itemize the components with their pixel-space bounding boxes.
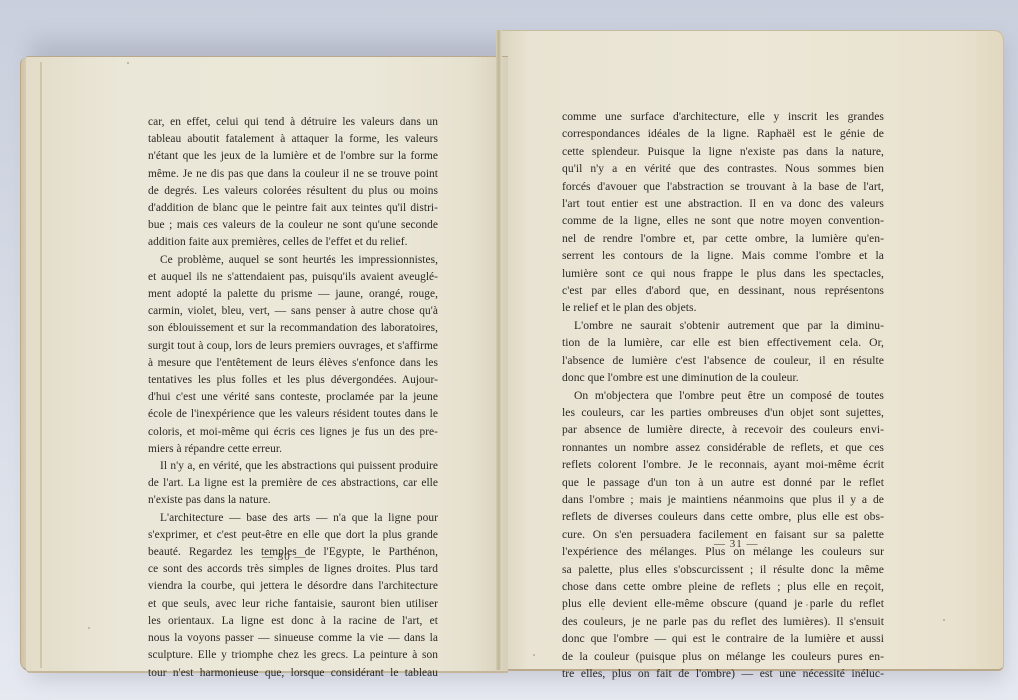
text-line: à mesure que l'entêtement de leurs élève… [148, 355, 438, 372]
text-line: comme une surface d'architecture, elle y… [562, 108, 884, 125]
text-line: d'hui c'est une vérité sans conteste, pr… [148, 389, 438, 406]
text-line: école de l'inexpérience que les valeurs … [148, 406, 438, 423]
text-line: les orientaux. La ligne est donc à la ra… [148, 613, 438, 630]
text-line: carmin, violet, bleu, vert, — sans pense… [148, 303, 438, 320]
text-line: tableau aboutit fatalement à attaquer la… [148, 131, 438, 148]
text-line: nel de rendre l'ombre et, par cette ombr… [562, 230, 884, 247]
text-line: sa palette, plus elles s'obscurcissent ;… [562, 561, 884, 578]
text-line: des couleurs, je ne parle pas du reflet … [562, 613, 884, 630]
left-page-text: car, en effet, celui qui tend à détruire… [148, 114, 438, 682]
text-line: ronnantes un nombre assez considérable d… [562, 439, 884, 456]
page-number-right: — 31 — [714, 538, 759, 550]
text-line: cette splendeur. Puisque la ligne n'exis… [562, 143, 884, 160]
text-line: n'existe pas dans la nature. [148, 492, 438, 509]
text-line: viendra la courbe, qui jettera le désord… [148, 578, 438, 595]
text-line: nous la voyons passer — sinueuse comme l… [148, 630, 438, 647]
paper-speck [127, 62, 129, 64]
text-line: de degrés. Les valeurs colorées résulten… [148, 183, 438, 200]
text-line: reflets de diverses couleurs dans cette … [562, 508, 884, 525]
text-line: car, en effet, celui qui tend à détruire… [148, 114, 438, 131]
text-line: chose dans cette ombre pleine de reflets… [562, 578, 884, 595]
text-line: et que seuls, avec leur riche fantaisie,… [148, 596, 438, 613]
text-line: même. Je ne dis pas que dans la couleur … [148, 166, 438, 183]
text-line: s'exprimer, et c'est peut-être en elle q… [148, 527, 438, 544]
book-gutter [496, 30, 502, 670]
text-line: tour n'est harmonieuse que, lorsque cons… [148, 665, 438, 682]
text-line: tentatives les plus folles et les plus d… [148, 372, 438, 389]
text-line: par absence de lumière directe, à recevo… [562, 421, 884, 438]
text-line: de l'art. La ligne est la première de ce… [148, 475, 438, 492]
text-line: l'absence de lumière c'est l'absence de … [562, 352, 884, 369]
text-line: les couleurs, car les parties ombreuses … [562, 404, 884, 421]
text-line: ment adopté la palette du prisme — jaune… [148, 286, 438, 303]
text-line: L'ombre ne saurait s'obtenir autrement q… [562, 317, 884, 334]
text-line: coloris, et moi-même qui écris ces ligne… [148, 424, 438, 441]
text-line: reflets colorent l'ombre. Je le reconnai… [562, 456, 884, 473]
text-line: lumière sont ce qui nous frappe le plus … [562, 265, 884, 282]
text-line: que le passage d'un ton à un autre est d… [562, 474, 884, 491]
text-line: et auquel ils ne s'attendaient pas, puis… [148, 269, 438, 286]
page-fold-line [40, 62, 42, 668]
text-line: Il n'y a, en vérité, que les abstraction… [148, 458, 438, 475]
paper-speck [533, 654, 535, 656]
text-line: donc que l'ombre — qui est le contraire … [562, 630, 884, 647]
paper-speck [943, 619, 945, 621]
text-line: c'est par elles d'abord que, en dessinan… [562, 282, 884, 299]
text-line: de la couleur (puisque plus on mélange l… [562, 648, 884, 665]
text-line: qu'il n'y a en vérité que des contrastes… [562, 160, 884, 177]
text-line: comme de la ligne, elles ne sont que not… [562, 212, 884, 229]
text-line: sculpture. Elle y triomphe chez les grec… [148, 647, 438, 664]
text-line: donc que l'ombre est une diminution de l… [562, 369, 884, 386]
text-line: addition faite aux premières, celles de … [148, 234, 438, 251]
text-line: surgit tout à coup, lors de leurs premie… [148, 338, 438, 355]
right-page-text: comme une surface d'architecture, elle y… [562, 108, 884, 682]
text-line: L'architecture — base des arts — n'a que… [148, 510, 438, 527]
page-number-left: — 30 — [262, 551, 307, 563]
text-line: correspondances idéales de la ligne. Rap… [562, 125, 884, 142]
text-line: son éblouissement et sur la recommandati… [148, 320, 438, 337]
text-line: l'art tout entier est une abstraction. I… [562, 195, 884, 212]
text-line: d'addition de blanc que le peintre fait … [148, 200, 438, 217]
text-line: Ce problème, auquel se sont heurtés les … [148, 252, 438, 269]
text-line: n'étant que les jeux de la lumière et de… [148, 148, 438, 165]
text-line: tion de la lumière, car elle est bien ef… [562, 334, 884, 351]
text-line: dans l'ombre ; mais je maintiens néanmoi… [562, 491, 884, 508]
text-line: tre elles, plus on fait de l'ombre) — es… [562, 665, 884, 682]
text-line: plus elle devient elle-même obscure (qua… [562, 595, 884, 612]
text-line: On m'objectera que l'ombre peut être un … [562, 387, 884, 404]
paper-speck [88, 627, 90, 629]
text-line: le relief et le plan des objets. [562, 299, 884, 316]
text-line: serrent les contours de la ligne. Mais c… [562, 247, 884, 264]
text-line: forcés d'avouer que l'abstraction se tro… [562, 178, 884, 195]
text-line: ce sont des accords très simples de lign… [148, 561, 438, 578]
text-line: bue ; mais ces valeurs de la couleur ne … [148, 217, 438, 234]
text-line: miers à répandre cette erreur. [148, 441, 438, 458]
